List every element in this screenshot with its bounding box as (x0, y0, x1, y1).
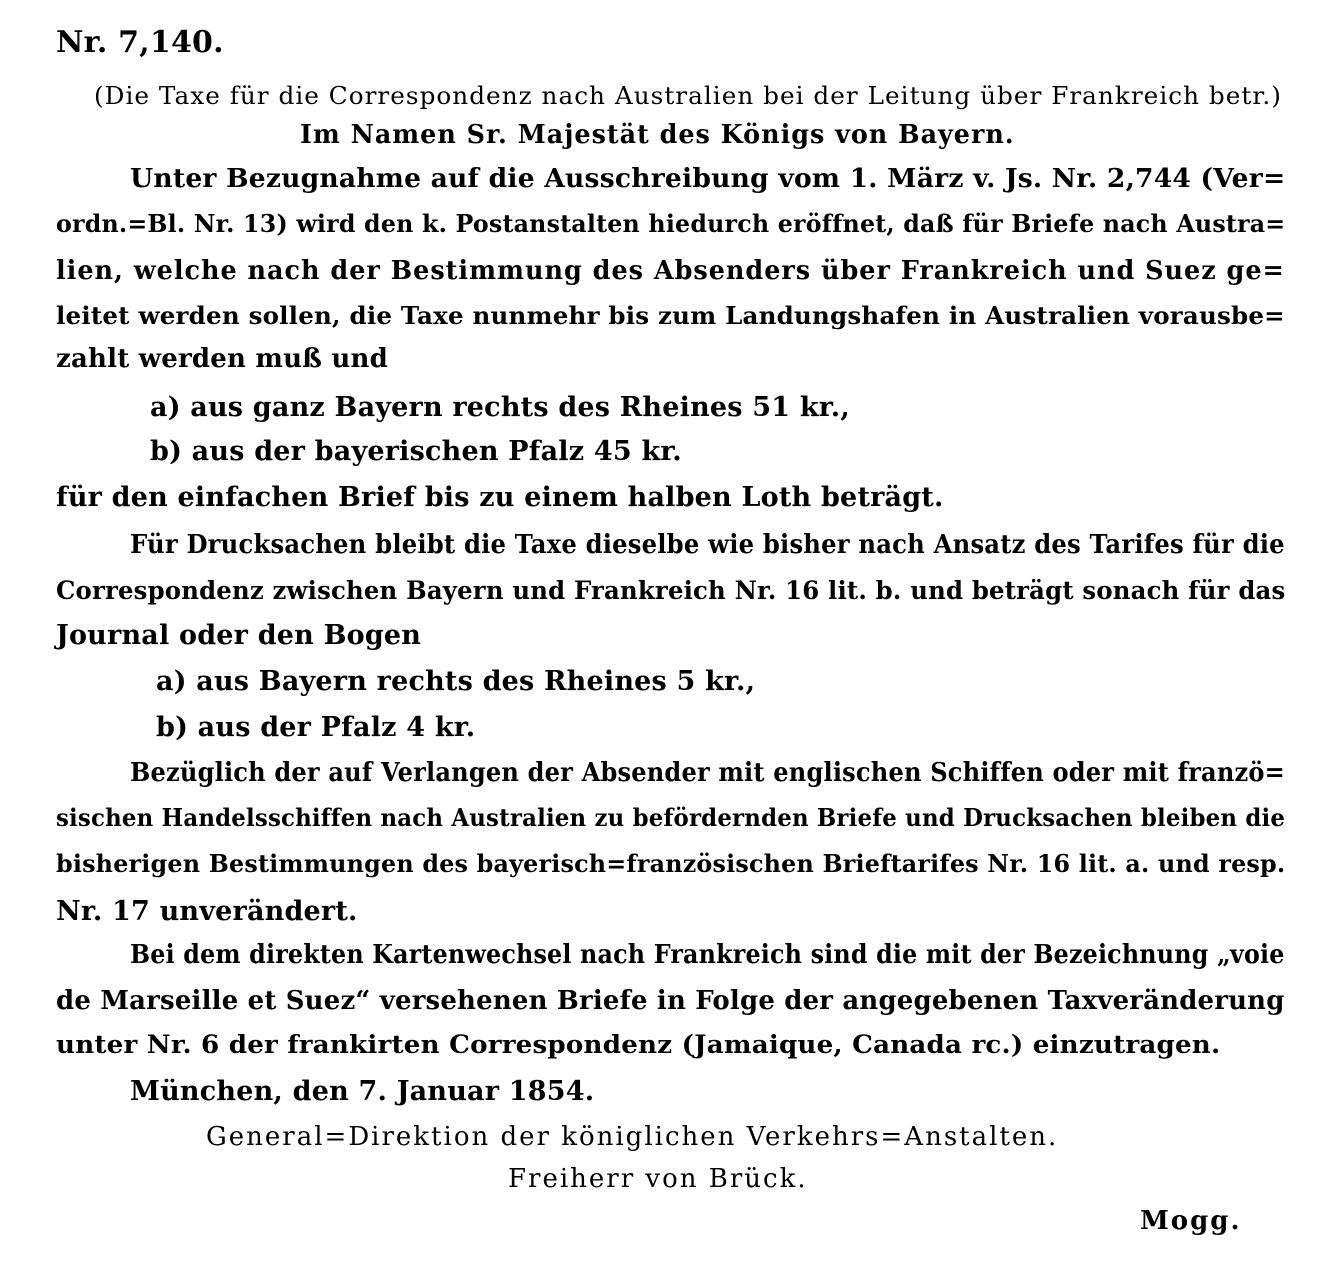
paragraph-line: Journal oder den Bogen (56, 622, 421, 649)
rate-label: b) (156, 712, 188, 743)
document-subject: (Die Taxe für die Correspondenz nach Aus… (94, 84, 1282, 108)
royal-invocation: Im Namen Sr. Majestät des Königs von Bay… (300, 122, 1015, 148)
paragraph-line: Bei dem direkten Kartenwechsel nach Fran… (130, 942, 1285, 968)
letter-rate-footer: für den einfachen Brief bis zu einem hal… (56, 484, 944, 511)
paragraph-line: Bezüglich der auf Verlangen der Absender… (130, 760, 1285, 786)
document-number: Nr. 7,140. (56, 28, 224, 58)
rate-label: b) (150, 436, 182, 467)
paragraph-line: ordn.=Bl. Nr. 13) wird den k. Postanstal… (56, 212, 1285, 236)
print-rate-item: b) aus der Pfalz 4 kr. (156, 714, 475, 741)
paragraph-line: bisherigen Bestimmungen des bayerisch=fr… (56, 852, 1285, 876)
rate-label: a) (156, 666, 187, 697)
rate-label: a) (150, 392, 181, 423)
paragraph-line: Für Drucksachen bleibt die Taxe dieselbe… (130, 532, 1285, 558)
print-rate-item: a) aus Bayern rechts des Rheines 5 kr., (156, 668, 755, 695)
place-date: München, den 7. Januar 1854. (130, 1078, 594, 1105)
paragraph-line: Correspondenz zwischen Bayern und Frankr… (56, 578, 1285, 603)
rate-text: aus Bayern rechts des Rheines 5 kr., (196, 666, 755, 697)
letter-rate-item: a) aus ganz Bayern rechts des Rheines 51… (150, 394, 850, 421)
rate-text: aus der Pfalz 4 kr. (198, 712, 476, 743)
paragraph-line: Nr. 17 unverändert. (56, 898, 358, 925)
rate-text: aus ganz Bayern rechts des Rheines 51 kr… (190, 392, 850, 423)
paragraph-line: de Marseille et Suez“ versehenen Briefe … (56, 988, 1285, 1014)
paragraph-line: unter Nr. 6 der frankirten Correspondenz… (56, 1032, 1220, 1057)
paragraph-line: lien, welche nach der Bestimmung des Abs… (56, 258, 1285, 284)
paragraph-line: Unter Bezugnahme auf die Ausschreibung v… (130, 166, 1285, 192)
rate-text: aus der bayerischen Pfalz 45 kr. (192, 436, 682, 467)
countersignature: Mogg. (1140, 1208, 1242, 1234)
paragraph-line: leitet werden sollen, die Taxe nunmehr b… (56, 304, 1285, 328)
signatory: Freiherr von Brück. (508, 1166, 808, 1192)
paragraph-line: sischen Handelsschiffen nach Australien … (56, 806, 1285, 830)
letter-rate-item: b) aus der bayerischen Pfalz 45 kr. (150, 438, 682, 465)
paragraph-line: zahlt werden muß und (56, 346, 388, 372)
issuing-authority: General=Direktion der königlichen Verkeh… (206, 1124, 1058, 1150)
